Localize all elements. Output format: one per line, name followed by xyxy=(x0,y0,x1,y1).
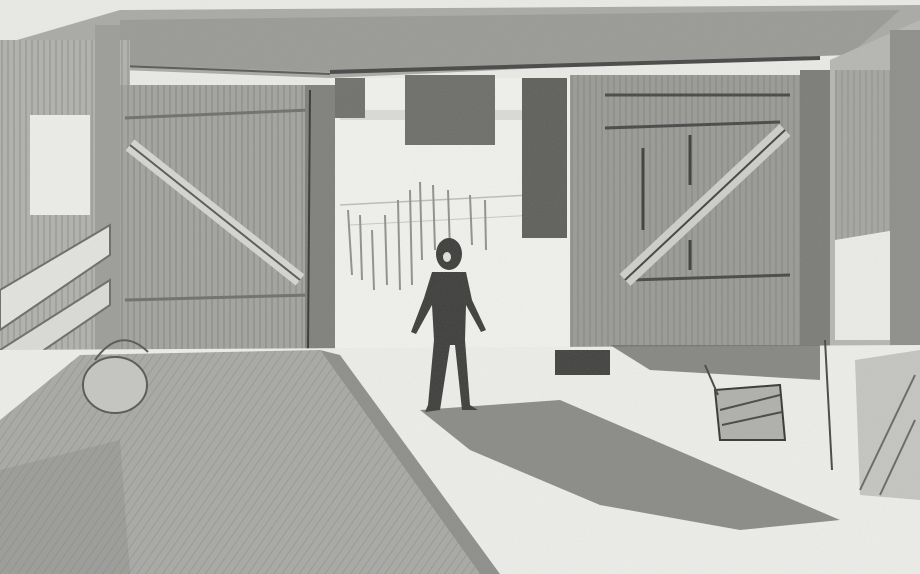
paper-grain xyxy=(0,0,920,574)
barn-sketch xyxy=(0,0,920,574)
